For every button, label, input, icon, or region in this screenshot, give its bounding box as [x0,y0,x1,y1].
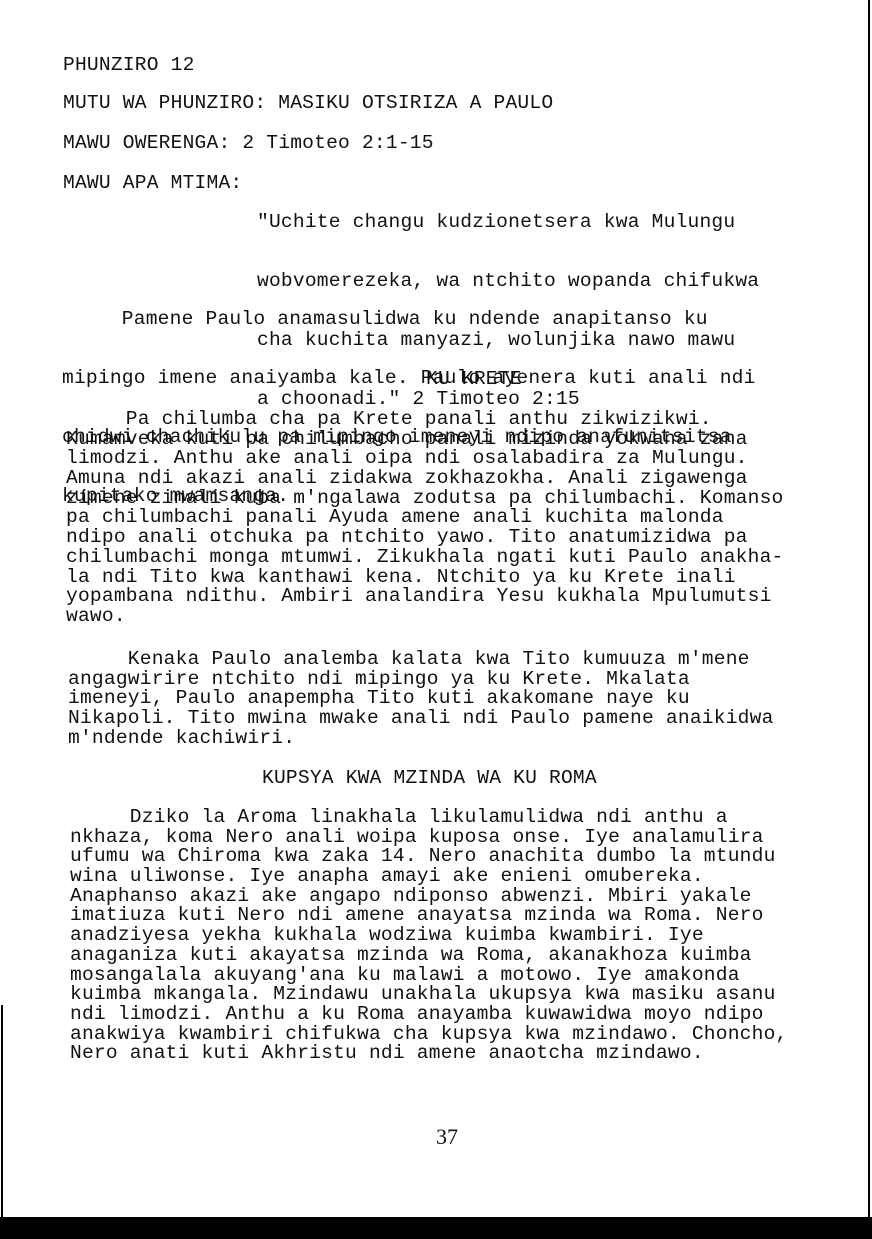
text-line: mipingo imene anaiyamba kale. Paulo ayen… [62,369,756,389]
scan-edge-right [868,0,870,1217]
section-heading-krete: KU KRETE [426,370,522,390]
document-page: PHUNZIRO 12 MUTU WA PHUNZIRO: MASIKU OTS… [0,0,872,1239]
section-heading-roma: KUPSYA KWA MZINDA WA KU ROMA [262,769,597,789]
text-line: ndipo anali otchuka pa ntchito yawo. Tit… [66,528,784,548]
text-line: yopambana ndithu. Ambiri analandira Yesu… [66,587,784,607]
memory-verse-label: MAWU APA MTIMA: [63,174,242,194]
lesson-reading: MAWU OWERENGA: 2 Timoteo 2:1-15 [63,134,434,154]
scan-border-bottom [0,1217,872,1239]
text-line: chilumbachi monga mtumwi. Zikukhala ngat… [66,548,784,568]
krete-paragraph-2: Kenaka Paulo analemba kalata kwa Tito ku… [68,650,774,748]
lesson-person: MUTU WA PHUNZIRO: MASIKU OTSIRIZA A PAUL… [63,94,553,114]
text-line: ndi limodzi. Anthu a ku Roma anayamba ku… [70,1005,788,1025]
text-line: Kenaka Paulo analemba kalata kwa Tito ku… [68,650,774,670]
text-line: Nikapoli. Tito mwina mwake anali ndi Pau… [68,709,774,729]
text-line: Nero anati kuti Akhristu ndi amene anaot… [70,1044,788,1064]
text-line: Pa chilumba cha pa Krete panali anthu zi… [66,410,784,430]
scan-edge-left [1,1005,3,1217]
text-line: m'ndende kachiwiri. [68,729,774,749]
text-line: wina uliwonse. Iye anapha amayi ake enie… [70,867,788,887]
text-line: anaganiza kuti akayatsa mzinda wa Roma, … [70,946,788,966]
text-line: Pamene Paulo anamasulidwa ku ndende anap… [62,310,756,330]
text-line: Dziko la Aroma linakhala likulamulidwa n… [70,808,788,828]
lesson-title: PHUNZIRO 12 [63,56,195,76]
text-line: Amuna ndi akazi anali zidakwa zokhazokha… [66,469,784,489]
page-number: 37 [436,1124,458,1150]
text-line: anadziyesa yekha kukhala wodziwa kuimba … [70,926,788,946]
memory-verse-line: "Uchite changu kudzionetsera kwa Mulungu [257,213,759,233]
krete-paragraph-1: Pa chilumba cha pa Krete panali anthu zi… [66,410,784,627]
roma-paragraph-1: Dziko la Aroma linakhala likulamulidwa n… [70,808,788,1064]
text-line: kuimba mkangala. Mzindawu unakhala ukups… [70,985,788,1005]
text-line: wawo. [66,607,784,627]
